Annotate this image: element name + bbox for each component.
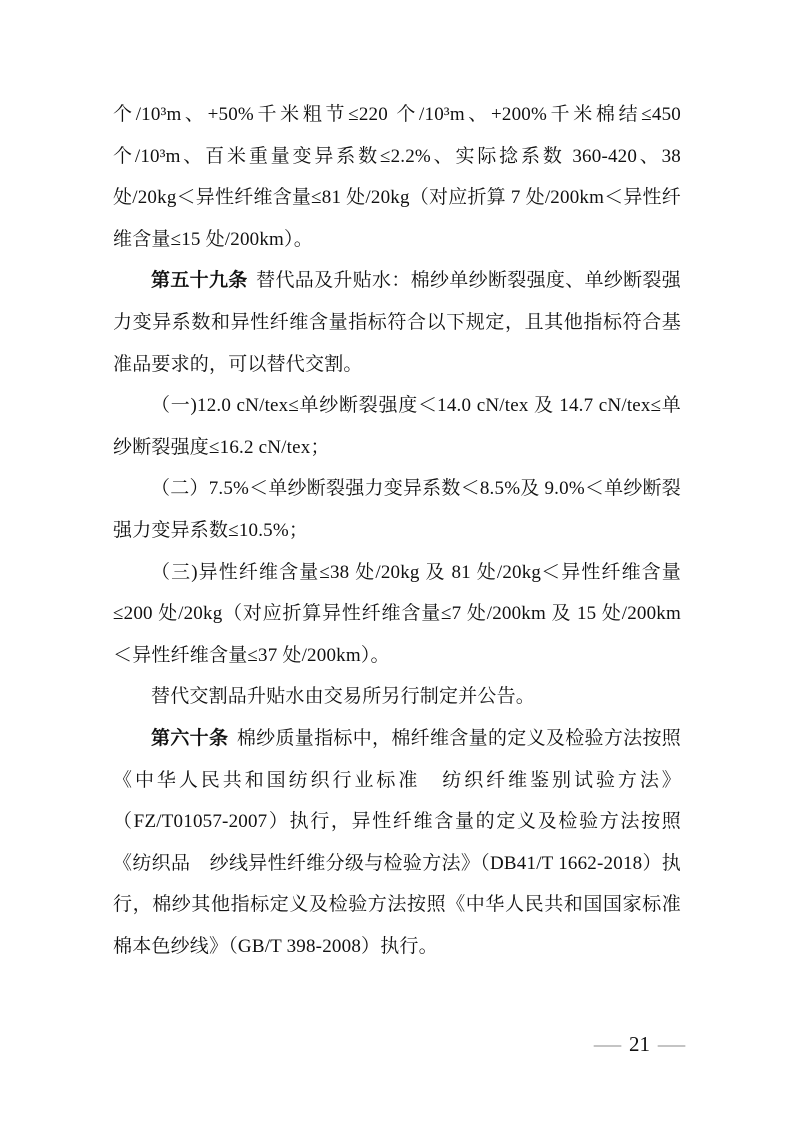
document-body: 个/10³m、+50%千米粗节≤220 个/10³m、+200%千米棉结≤450… — [113, 94, 681, 967]
paragraph: 第六十条棉纱质量指标中，棉纤维含量的定义及检验方法按照《中华人民共和国纺织行业标… — [113, 718, 681, 968]
paragraph-text: （三)异性纤维含量≤38 处/20kg 及 81 处/20kg＜异性纤维含量≤2… — [113, 562, 681, 666]
paragraph: （一)12.0 cN/tex≤单纱断裂强度＜14.0 cN/tex 及 14.7… — [113, 385, 681, 468]
paragraph-text: 个/10³m、+50%千米粗节≤220 个/10³m、+200%千米棉结≤450… — [113, 104, 681, 250]
paragraph: 替代交割品升贴水由交易所另行制定并公告。 — [113, 676, 681, 718]
page-number: 21 — [629, 1030, 650, 1058]
paragraph-text: （一)12.0 cN/tex≤单纱断裂强度＜14.0 cN/tex 及 14.7… — [113, 395, 681, 458]
footer-dash-left: — — [594, 1030, 621, 1058]
paragraph: （三)异性纤维含量≤38 处/20kg 及 81 处/20kg＜异性纤维含量≤2… — [113, 552, 681, 677]
document-page: 个/10³m、+50%千米粗节≤220 个/10³m、+200%千米棉结≤450… — [0, 0, 793, 1122]
paragraph: （二）7.5%＜单纱断裂强力变异系数＜8.5%及 9.0%＜单纱断裂强力变异系数… — [113, 468, 681, 551]
footer-dash-right: — — [658, 1030, 685, 1058]
paragraph-text: （二）7.5%＜单纱断裂强力变异系数＜8.5%及 9.0%＜单纱断裂强力变异系数… — [113, 478, 681, 541]
paragraph: 个/10³m、+50%千米粗节≤220 个/10³m、+200%千米棉结≤450… — [113, 94, 681, 260]
page-footer: — 21 — — [597, 1030, 682, 1058]
article-number: 第六十条 — [151, 728, 228, 749]
article-number: 第五十九条 — [151, 270, 248, 291]
paragraph-text: 棉纱质量指标中，棉纤维含量的定义及检验方法按照《中华人民共和国纺织行业标准 纺织… — [113, 728, 700, 957]
paragraph: 第五十九条替代品及升贴水：棉纱单纱断裂强度、单纱断裂强力变异系数和异性纤维含量指… — [113, 260, 681, 385]
paragraph-text: 替代交割品升贴水由交易所另行制定并公告。 — [151, 686, 535, 707]
